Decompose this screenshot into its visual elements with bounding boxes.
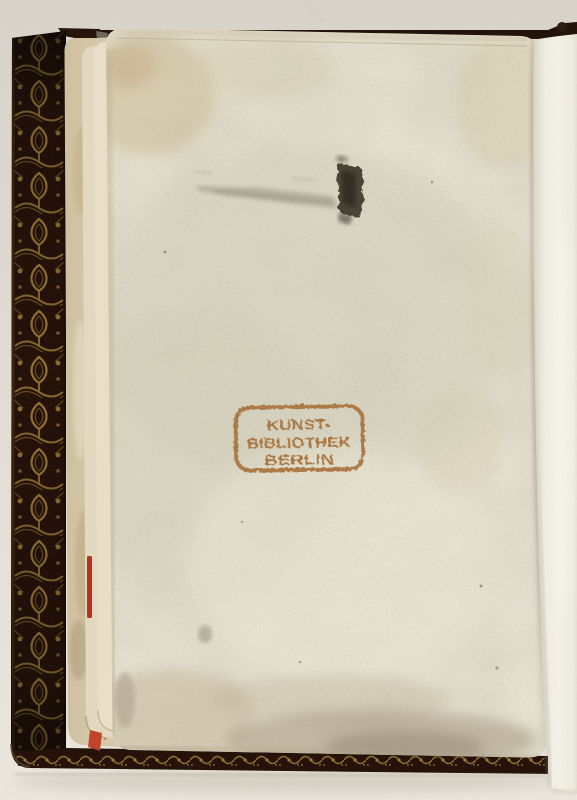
photo-grain-overlay [0, 0, 577, 800]
book-photograph: KUNST- BIBLIOTHEK BERLIN [0, 0, 577, 800]
book-photo-canvas: KUNST- BIBLIOTHEK BERLIN [0, 0, 577, 800]
